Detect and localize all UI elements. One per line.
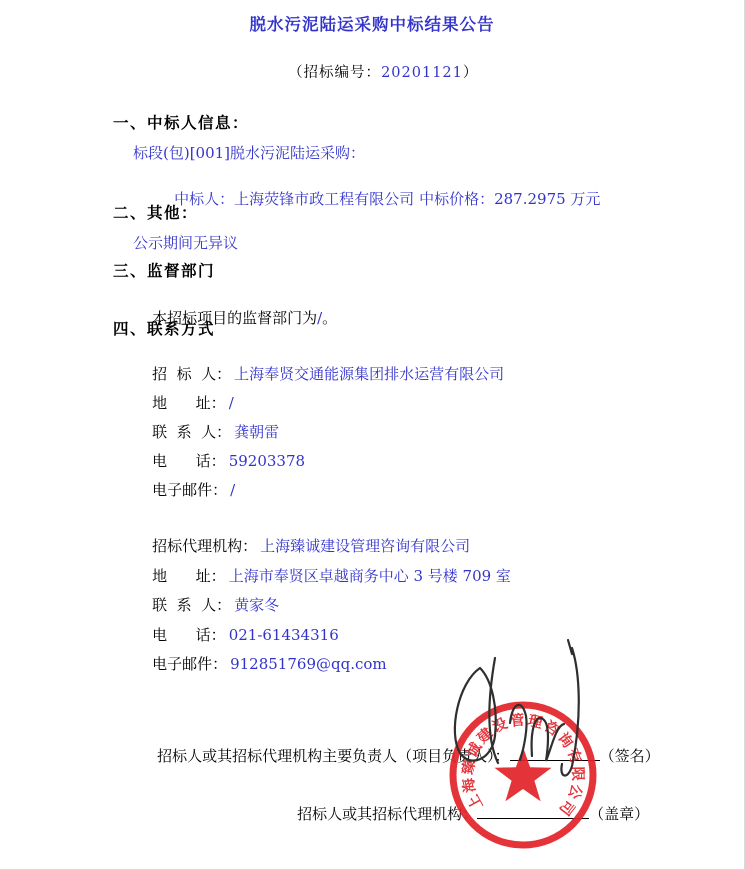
section2-heading: 二、其他： [113,204,198,221]
section4-heading: 四、联系方式 [113,320,215,337]
email-label: 电子邮件： [152,481,227,499]
price-label: 中标价格： [419,190,494,208]
section1-heading: 一、中标人信息： [113,114,249,131]
signature-scribble [440,628,610,793]
tender-number-suffix: ） [463,65,479,81]
tenderer-name: 上海奉贤交通能源集团排水运营有限公司 [231,365,504,383]
phone-value: 59203378 [226,452,305,470]
email-value: / [227,481,235,499]
section3-heading: 三、监督部门 [113,262,215,279]
package-line: 标段(包)[001]脱水污泥陆运采购： [133,145,365,162]
tender-number-line: （招标编号：20201121） [0,48,744,99]
signature-stroke [568,640,572,654]
signature-stroke [510,705,527,760]
signature-stroke [561,648,578,776]
price-line: 中标价格：287.2975 万元 [400,174,600,225]
supervision-suffix: 。 [322,309,337,327]
agency-email-value: 912851769@qq.com [227,655,387,673]
winner-name: 上海荧锋市政工程有限公司 [234,190,414,208]
page-title: 脱水污泥陆运采购中标结果公告 [0,16,744,33]
signature-stroke [532,718,564,761]
tender-number-prefix: （招标编号： [288,65,381,81]
tender-number: 20201121 [381,65,463,81]
announcement-page: 脱水污泥陆运采购中标结果公告 （招标编号：20201121） 一、中标人信息： … [0,0,745,870]
price-value: 287.2975 万元 [494,190,600,208]
publicity-note: 公示期间无异议 [133,235,238,252]
tenderer-email-row: 电子邮件：/ [133,465,235,516]
agency-email-label: 电子邮件： [152,655,227,673]
agency-email-row: 电子邮件：912851769@qq.com [133,639,387,690]
